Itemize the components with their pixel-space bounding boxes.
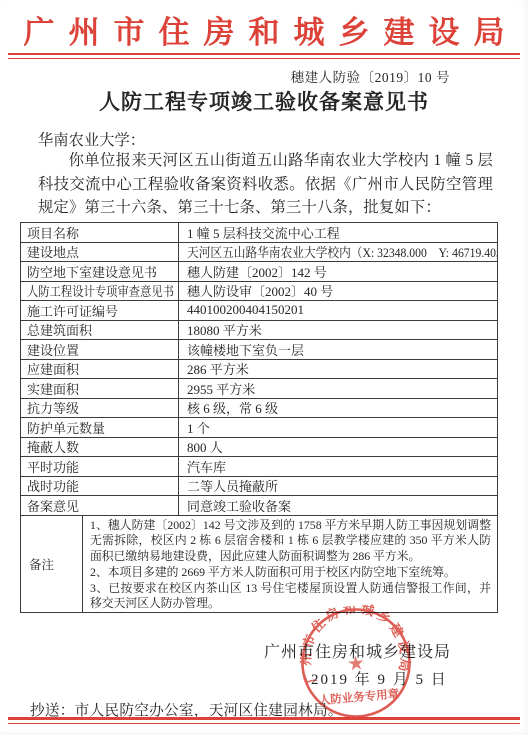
info-table: 项目名称 1 幢 5 层科技交流中心工程 建设地点 天河区五山路华南农业大学校内… xyxy=(20,222,498,613)
letterhead-title: 广州市住房和城乡建设局 xyxy=(0,7,528,52)
intro-paragraph: 你单位报来天河区五山街道五山路华南农业大学校内 1 幢 5 层科技交流中心工程验… xyxy=(38,149,493,220)
row-value: 汽车库 xyxy=(179,457,497,476)
letterhead-rule xyxy=(8,53,520,59)
table-row: 施工许可证编号 440100200404150201 xyxy=(21,301,497,321)
row-value: 穗人防设审〔2002〕40 号 xyxy=(179,282,497,301)
row-value: 440100200404150201 xyxy=(179,301,497,320)
salutation: 华南农业大学： xyxy=(38,128,145,150)
table-row: 人防工程设计专项审查意见书 穗人防设审〔2002〕40 号 xyxy=(21,282,497,302)
row-label: 总建筑面积 xyxy=(21,321,179,340)
remark-label: 备注 xyxy=(21,516,83,612)
row-value: 2955 平方米 xyxy=(179,379,497,398)
row-value: 286 平方米 xyxy=(179,360,497,379)
table-row: 总建筑面积 18080 平方米 xyxy=(21,321,497,341)
row-value: 1 幢 5 层科技交流中心工程 xyxy=(179,223,497,242)
row-label: 备案意见 xyxy=(21,496,179,515)
row-label: 抗力等级 xyxy=(21,399,179,418)
table-row: 战时功能 二等人员掩蔽所 xyxy=(21,477,497,497)
table-row: 项目名称 1 幢 5 层科技交流中心工程 xyxy=(21,223,497,243)
row-label: 平时功能 xyxy=(21,457,179,476)
table-row: 建设位置 该幢楼地下室负一层 xyxy=(21,340,497,360)
table-row: 建设地点 天河区五山路华南农业大学校内（X: 32348.000 Y: 4671… xyxy=(21,243,497,263)
row-value: 800 人 xyxy=(179,438,497,457)
row-label: 项目名称 xyxy=(21,223,179,242)
table-row: 抗力等级 核 6 级，常 6 级 xyxy=(21,399,497,419)
remark-item: 1、穗人防建〔2002〕142 号文涉及到的 1758 平方米早期人防工事因规划… xyxy=(90,518,491,565)
table-row: 掩蔽人数 800 人 xyxy=(21,438,497,458)
table-row: 备案意见 同意竣工验收备案 xyxy=(21,496,497,516)
remark-content: 1、穗人防建〔2002〕142 号文涉及到的 1758 平方米早期人防工事因规划… xyxy=(83,516,497,612)
signature-agency: 广州市住房和城乡建设局 xyxy=(264,639,451,662)
row-label: 人防工程设计专项审查意见书 xyxy=(21,282,179,301)
row-label: 建设位置 xyxy=(21,340,179,359)
row-label: 施工许可证编号 xyxy=(21,301,179,320)
signature-date: 2019 年 9 月 5 日 xyxy=(311,668,448,689)
row-value: 该幢楼地下室负一层 xyxy=(179,340,497,359)
table-row: 防空地下室建设意见书 穗人防建〔2002〕142 号 xyxy=(21,262,497,282)
row-label: 建设地点 xyxy=(21,243,179,262)
row-value: 穗人防建〔2002〕142 号 xyxy=(179,262,497,281)
table-row: 防护单元数量 1 个 xyxy=(21,418,497,438)
row-label: 掩蔽人数 xyxy=(21,438,179,457)
row-label: 战时功能 xyxy=(21,477,179,496)
doc-title: 人防工程专项竣工验收备案意见书 xyxy=(0,86,528,116)
table-row: 应建面积 286 平方米 xyxy=(21,360,497,380)
remark-row: 备注 1、穗人防建〔2002〕142 号文涉及到的 1758 平方米早期人防工事… xyxy=(21,516,497,612)
row-label: 实建面积 xyxy=(21,379,179,398)
row-value: 同意竣工验收备案 xyxy=(179,496,497,515)
row-value: 核 6 级，常 6 级 xyxy=(179,399,497,418)
footer-rule xyxy=(8,717,520,724)
row-label: 应建面积 xyxy=(21,360,179,379)
remark-item: 2、本项目多建的 2669 平方米人防面积可用于校区内防空地下室统筹。 xyxy=(90,565,491,581)
doc-number: 穗建人防验〔2019〕10 号 xyxy=(291,66,450,86)
row-value: 二等人员掩蔽所 xyxy=(179,477,497,496)
row-value: 天河区五山路华南农业大学校内（X: 32348.000 Y: 46719.405… xyxy=(179,243,497,262)
table-row: 实建面积 2955 平方米 xyxy=(21,379,497,399)
row-label: 防空地下室建设意见书 xyxy=(21,262,179,281)
remark-item: 3、已按要求在校区内茶山区 13 号住宅楼屋顶设置人防通信警报工作间，并移交天河… xyxy=(90,581,491,613)
document-page: 广州市住房和城乡建设局 穗建人防验〔2019〕10 号 人防工程专项竣工验收备案… xyxy=(0,0,528,735)
row-value: 1 个 xyxy=(179,418,497,437)
row-label: 防护单元数量 xyxy=(21,418,179,437)
table-row: 平时功能 汽车库 xyxy=(21,457,497,477)
row-value: 18080 平方米 xyxy=(179,321,497,340)
